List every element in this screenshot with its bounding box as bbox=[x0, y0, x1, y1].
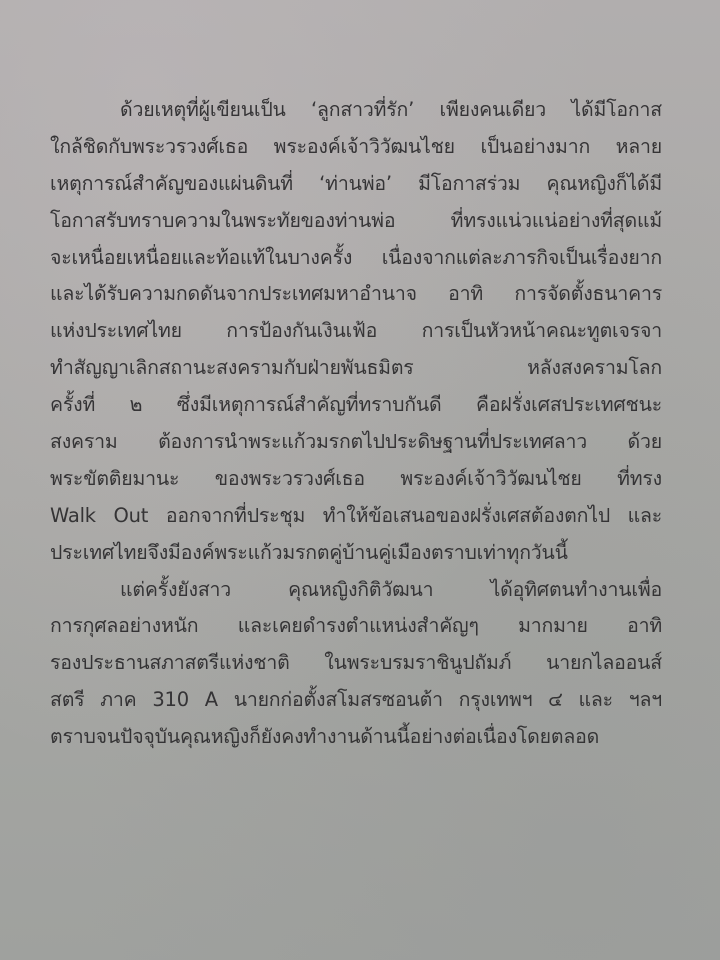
text-line: สตรี ภาค 310 A นายกก่อตั้งสโมสรซอนต้า กร… bbox=[50, 682, 662, 719]
text-line: สงคราม ต้องการนำพระแก้วมรกตไปประดิษฐานที… bbox=[50, 424, 662, 461]
text-line: พระขัตติยมานะ ของพระวรวงศ์เธอ พระองค์เจ้… bbox=[50, 461, 662, 498]
text-line: เหตุการณ์สำคัญของแผ่นดินที่ ‘ท่านพ่อ’ มี… bbox=[50, 166, 662, 203]
text-line: ใกล้ชิดกับพระวรวงศ์เธอ พระองค์เจ้าวิวัฒน… bbox=[50, 129, 662, 166]
text-line: แห่งประเทศไทย การป้องกันเงินเฟ้อ การเป็น… bbox=[50, 313, 662, 350]
text-line: ครั้งที่ ๒ ซึ่งมีเหตุการณ์สำคัญที่ทราบกั… bbox=[50, 387, 662, 424]
text-line: ทำสัญญาเลิกสถานะสงครามกับฝ่ายพันธมิตร หล… bbox=[50, 350, 662, 387]
body-text: ด้วยเหตุที่ผู้เขียนเป็น ‘ลูกสาวที่รัก’ เ… bbox=[50, 92, 662, 756]
paragraph-1: ด้วยเหตุที่ผู้เขียนเป็น ‘ลูกสาวที่รัก’ เ… bbox=[50, 92, 662, 572]
text-line: Walk Out ออกจากที่ประชุม ทำให้ข้อเสนอของ… bbox=[50, 498, 662, 535]
text-line: จะเหนื่อยเหนื่อยและท้อแท้ในบางครั้ง เนื่… bbox=[50, 240, 662, 277]
text-line: แต่ครั้งยังสาว คุณหญิงกิติวัฒนา ได้อุทิศ… bbox=[50, 572, 662, 609]
text-line: ตราบจนปัจจุบันคุณหญิงก็ยังคงทำงานด้านนี้… bbox=[50, 719, 662, 756]
text-line: และได้รับความกดดันจากประเทศมหาอำนาจ อาทิ… bbox=[50, 276, 662, 313]
text-line: การกุศลอย่างหนัก และเคยดำรงตำแหน่งสำคัญๆ… bbox=[50, 608, 662, 645]
text-line: ด้วยเหตุที่ผู้เขียนเป็น ‘ลูกสาวที่รัก’ เ… bbox=[50, 92, 662, 129]
text-line: รองประธานสภาสตรีแห่งชาติ ในพระบรมราชินูป… bbox=[50, 645, 662, 682]
paragraph-2: แต่ครั้งยังสาว คุณหญิงกิติวัฒนา ได้อุทิศ… bbox=[50, 572, 662, 756]
text-line: ประเทศไทยจึงมีองค์พระแก้วมรกตคู่บ้านคู่เ… bbox=[50, 535, 662, 572]
book-page: ด้วยเหตุที่ผู้เขียนเป็น ‘ลูกสาวที่รัก’ เ… bbox=[0, 0, 720, 960]
text-line: โอกาสรับทราบความในพระทัยของท่านพ่อ ที่ทร… bbox=[50, 203, 662, 240]
